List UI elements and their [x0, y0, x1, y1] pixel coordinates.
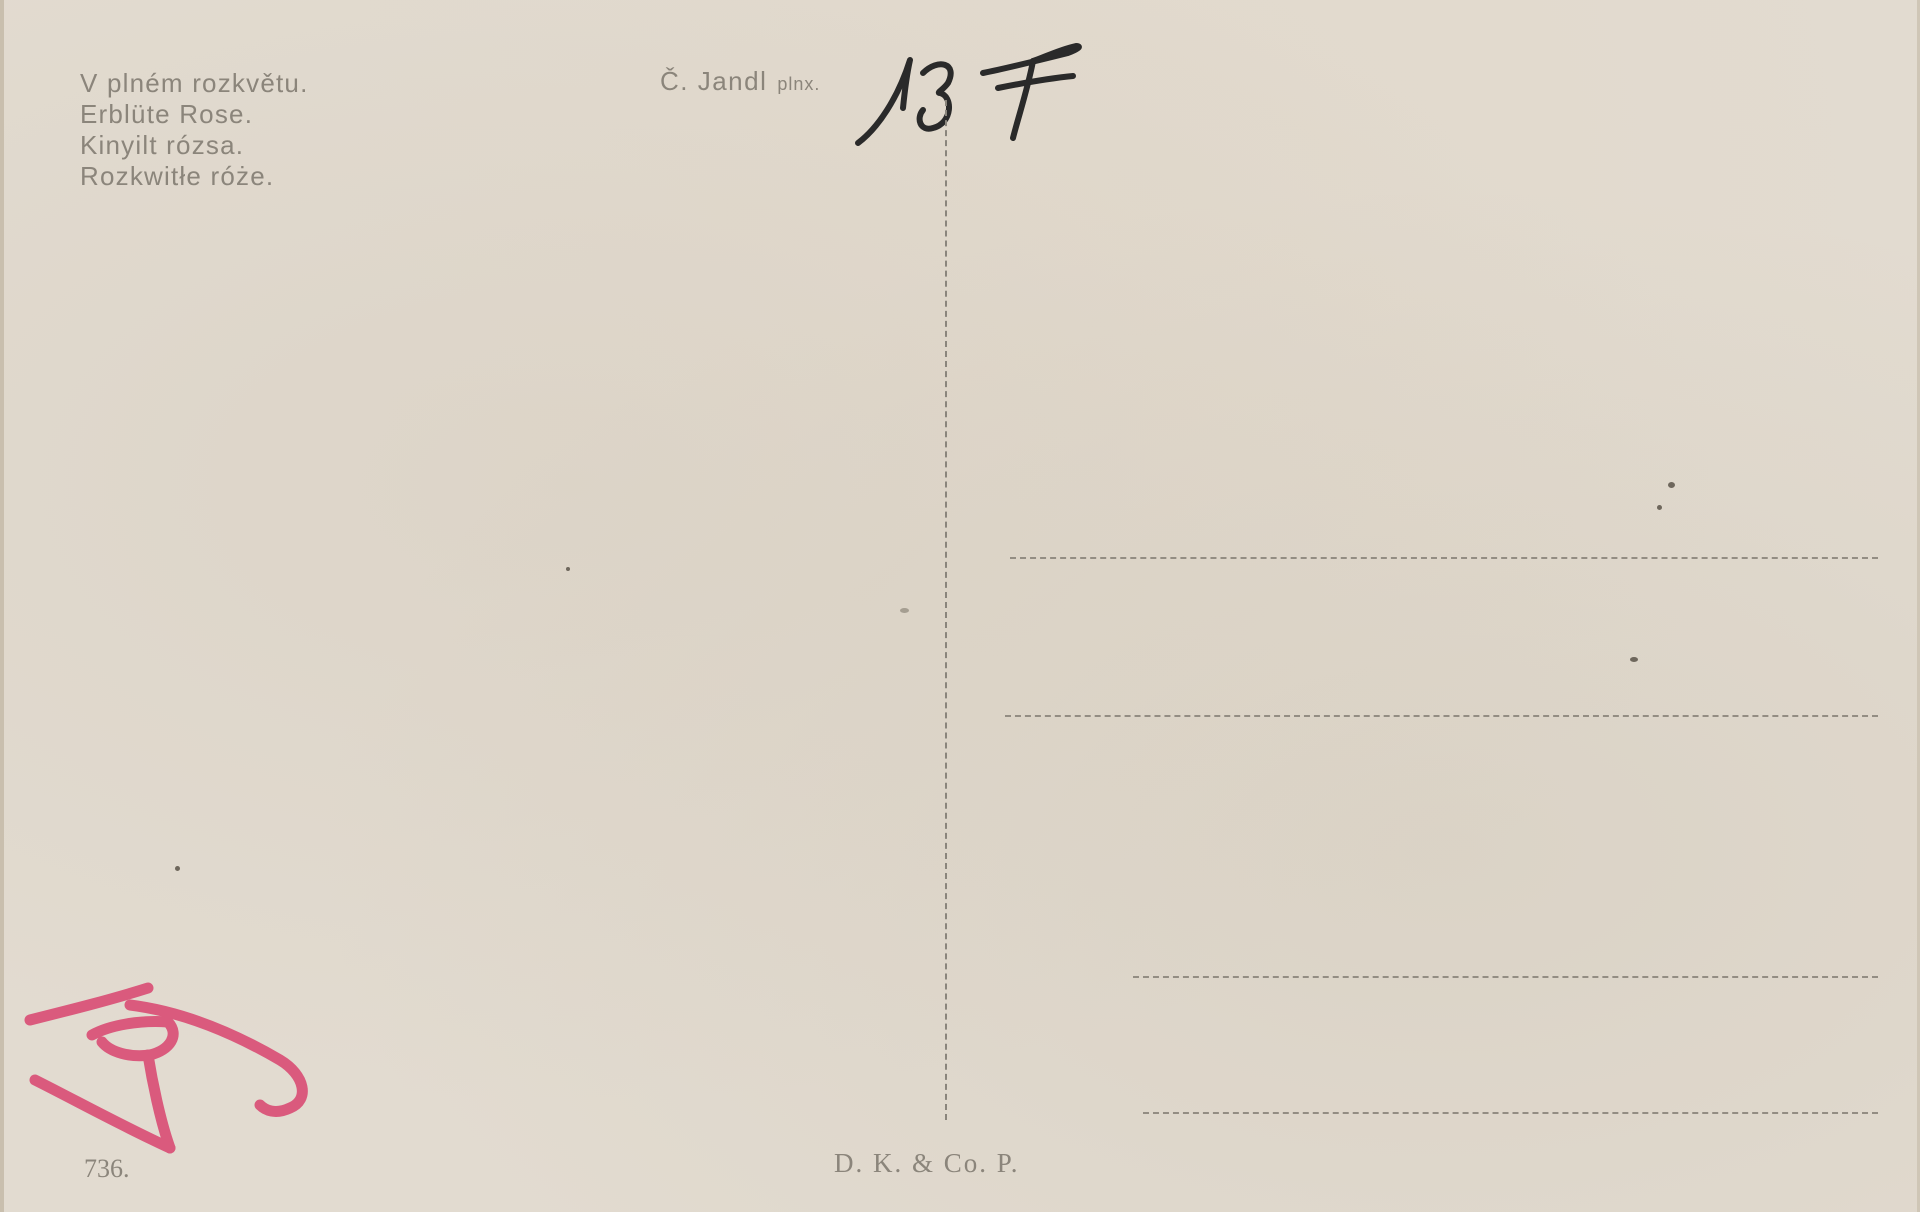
- caption-german: Erblüte Rose.: [80, 99, 309, 130]
- publisher-imprint: D. K. & Co. P.: [834, 1148, 1020, 1179]
- caption-hungarian: Kinyilt rózsa.: [80, 130, 309, 161]
- paper-speck: [1630, 657, 1638, 662]
- card-number: 736.: [84, 1154, 130, 1184]
- caption-polish: Rozkwitłe róże.: [80, 161, 309, 192]
- address-line-3: [1133, 976, 1878, 978]
- paper-speck: [566, 567, 570, 571]
- artist-credit: Č. Jandlplnx.: [660, 66, 820, 97]
- address-line-2: [1005, 715, 1878, 717]
- postcard-back: V plném rozkvětu. Erblüte Rose. Kinyilt …: [0, 0, 1920, 1212]
- paper-speck: [1657, 505, 1662, 510]
- card-edge-left: [0, 0, 4, 1212]
- caption-czech: V plném rozkvětu.: [80, 68, 309, 99]
- artist-name: Č. Jandl: [660, 66, 767, 96]
- paper-speck: [900, 608, 909, 613]
- address-line-4: [1143, 1112, 1878, 1114]
- red-crayon-mark-icon: [20, 980, 330, 1160]
- vertical-divider: [945, 100, 947, 1120]
- address-line-1: [1010, 557, 1878, 559]
- caption-block: V plném rozkvětu. Erblüte Rose. Kinyilt …: [80, 68, 309, 192]
- artist-suffix: plnx.: [777, 74, 820, 94]
- paper-speck: [1668, 482, 1675, 488]
- handwritten-number-icon: [848, 28, 1128, 158]
- paper-speck: [175, 866, 180, 871]
